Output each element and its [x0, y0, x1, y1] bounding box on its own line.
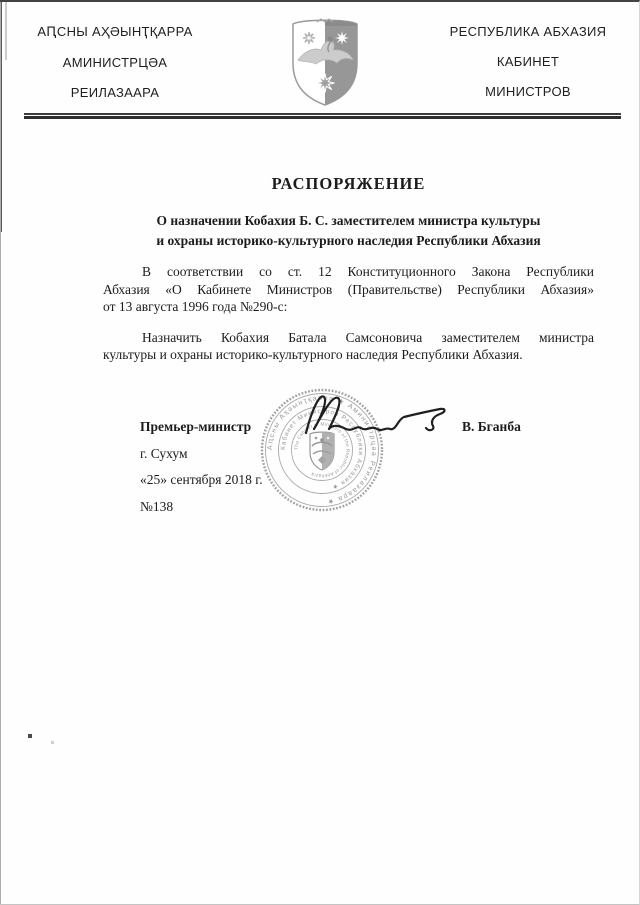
scan-speck [51, 741, 54, 744]
coat-of-arms-icon [289, 16, 361, 110]
header-left-abkhaz: АԤСНЫ АҲӘЫНҬҚАРРА АМИНИСТРЦӘА РЕИЛАЗААРА [8, 24, 222, 115]
subject-line2: и охраны историко-культурного наследия Р… [96, 231, 601, 251]
header-right-line3: МИНИСТРОВ [421, 84, 635, 99]
paragraph-1-line1: В соответствии со ст. 12 Конституционног… [103, 263, 594, 281]
scan-edge-left-dark [1, 2, 2, 232]
footer-city: г. Сухум [140, 446, 188, 462]
subject-line1: О назначении Кобахия Б. С. заместителем … [96, 211, 601, 231]
header-right-line1: РЕСПУБЛИКА АБХАЗИЯ [421, 24, 635, 39]
document-title: РАСПОРЯЖЕНИЕ [103, 174, 594, 194]
document-body: В соответствии со ст. 12 Конституционног… [103, 263, 594, 364]
divider-thin-line [24, 113, 621, 115]
paragraph-1: В соответствии со ст. 12 Конституционног… [103, 263, 594, 316]
scanned-decree-page: АԤСНЫ АҲӘЫНҬҚАРРА АМИНИСТРЦӘА РЕИЛАЗААРА… [0, 0, 640, 905]
footer-document-number: №138 [140, 499, 173, 515]
scan-speck [28, 734, 32, 738]
header-right-line2: КАБИНЕТ [421, 54, 635, 69]
paragraph-2-line2: культуры и охраны историко-культурного н… [103, 346, 594, 364]
document-subject: О назначении Кобахия Б. С. заместителем … [96, 211, 601, 251]
header-divider-rule [24, 113, 621, 119]
header-left-line1: АԤСНЫ АҲӘЫНҬҚАРРА [8, 24, 222, 40]
signer-role-label: Премьер-министр [140, 419, 251, 435]
handwritten-signature [298, 389, 453, 444]
header-right-russian: РЕСПУБЛИКА АБХАЗИЯ КАБИНЕТ МИНИСТРОВ [421, 24, 635, 114]
scan-fold-line [5, 2, 7, 60]
paragraph-1-line3: от 13 августа 1996 года №290-с: [103, 298, 594, 316]
paragraph-2-line1: Назначить Кобахия Батала Самсоновича зам… [103, 329, 594, 347]
header-left-line3: РЕИЛАЗААРА [8, 85, 222, 100]
paragraph-2: Назначить Кобахия Батала Самсоновича зам… [103, 329, 594, 364]
signer-name-label: В. Бганба [462, 419, 521, 435]
paragraph-1-line2: Абхазия «О Кабинете Министров (Правитель… [103, 281, 594, 299]
footer-date: «25» сентября 2018 г. [140, 472, 263, 488]
divider-thick-line [24, 116, 621, 119]
header-left-line2: АМИНИСТРЦӘА [8, 55, 222, 70]
